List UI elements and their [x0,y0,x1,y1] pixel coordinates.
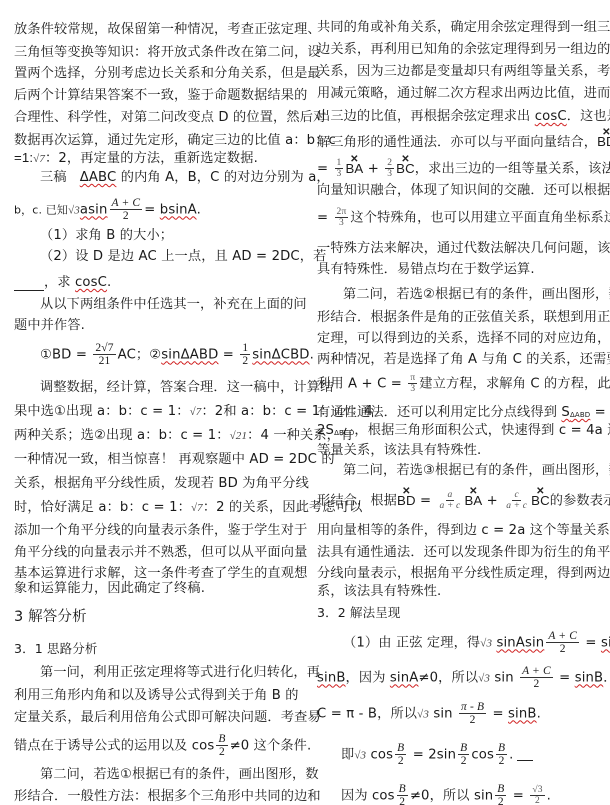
paragraph-line: 放条件较常规，故保留第一种情况，考查正弦定理、 [14,22,321,38]
paragraph-line: 三角恒等变换等知识：将开放式条件改在第二问，设 [14,45,321,61]
paragraph-line: 边关系，再利用已知角的余弦定理得到另一组边的 [317,42,610,58]
vector-equation-line: = 13BA + 23BC，求出三边的一组等量关系，该法与 [317,158,610,179]
section-heading-3-1: 3．1 思路分析 [14,641,98,657]
special-angle-line: = 2π3这个特殊角，也可以用建立平面直角坐标系这 [317,207,610,228]
vector-bc: BC [396,161,415,177]
ratio-line: =1:√7：2，再定量的方法，重新选定数据. [14,150,258,167]
stray-dash-mark [517,760,533,761]
vector-ba: BA [464,493,482,509]
paragraph-line: 调整数据，经计算，答案合理．这一稿中，计算结 [14,380,333,396]
paragraph-line: 一特殊方法来解决，通过代数法解决几何问题，该法 [317,241,610,257]
paragraph-line: 系，该法具有特殊性. [317,584,441,600]
given-equation-line: b，c. 已知√3asinA + C2= bsinA. [14,197,201,222]
paragraph-line: 基本运算进行求解，这一条件考查了学生的直观想 [14,566,307,582]
paragraph-line: 利用三角形内角和以及诱导公式得到关于角 B 的 [14,688,299,704]
parametric-vector-line: 形结合．根据BD = aa + cBA + ca + cBC的参数表示，利 [317,490,610,511]
section-heading-3-2: 3．2 解法呈现 [317,605,401,621]
area-ratio-line-2: 2SΔBCD，根据三角形面积公式，快速得到 c = 4a 这个 [317,423,610,441]
a-plus-c-line: 利用 A + C = π3建立方程，求解角 C 的方程，此法具 [317,373,610,394]
paragraph-line: 共同的角或补角关系，确定用余弦定理得到一组三 [317,20,610,36]
vector-bd: BD [397,493,416,509]
paragraph-line: 数据再次运算，通过先定形，确定三边的比值 a：b：c [14,133,336,149]
solution-line-3: C = π - B，所以√3 sin π - B2 = sinB. [317,701,541,726]
paragraph-line: 象和运算能力，因此确定了终稿. [14,581,205,597]
paragraph-line: 时，恰好满足 a：b：c = 1：√7：2 的关系，因此考虑可以 [14,500,362,516]
paragraph-line: 后两个计算结果答案不一致，鉴于命题数据结果的 [14,88,307,104]
paragraph-line: 法具有通性通法．还可以发现条件即为衍生的角平 [317,545,610,561]
paragraph-line: 定量关系，最后利用倍角公式即可解决问题．考查易 [14,710,321,726]
paragraph-line: 从以下两组条件中任选其一，补充在上面的问 [14,297,307,313]
paragraph-line: 关系，因为三边都是变量却只有两组等量关系，考虑 [317,64,610,80]
solution-line-5: 因为 cosB2≠0，所以 sinB2 = √32. [317,783,551,805]
vector-intro-line: 解三角形的通性通法．亦可以与平面向量结合，BD [317,134,610,151]
paragraph-line: 用向量相等的条件，得到边 c = 2a 这个等量关系，此 [317,523,610,539]
paragraph-line: 第二问，若选②根据已有的条件，画出图形，数 [317,287,610,303]
paragraph-line: 第二问，若选③根据已有的条件，画出图形，数 [317,463,610,479]
sqrt-7: √7 [33,153,45,165]
paragraph-line: 合理性、科学性，对第二问改变点 D 的位置，然后对 [14,110,326,126]
paragraph-line: 角平分线的向量表示并不熟悉，但可以从平面向量 [14,545,307,561]
paragraph-line: 定理，可以得到边的关系，选择不同的对应边角，有 [317,331,610,347]
solution-line-2: sinB，因为 sinA≠0，所以√3 sin A + C2 = sinB．因为… [317,665,610,690]
paragraph-line: 分线向量表示，根据角平分线性质定理，得到两边关 [317,566,610,582]
paragraph-line: 一种情况一致，相当惊喜！ 再观察题中 AD = 2DC 的 [14,452,335,468]
draft-3-line: 三稿 ΔABC 的内角 A，B，C 的对边分别为 a， [14,170,330,186]
answer-blank [14,278,44,291]
paragraph-line: 向量知识融合，体现了知识间的交融．还可以根据 B [317,183,610,199]
question-1: （1）求角 B 的大小； [14,228,173,244]
paragraph-line: 等量关系，该法具有特殊性. [317,443,481,459]
paragraph-line: 形结合．一般性方法：根据多个三角形中共同的边和 [14,789,321,805]
paragraph-line: 形结合．根据条件是角的正弦值关系，联想到用正弦 [317,310,610,326]
fraction: A + C2 [110,197,143,222]
error-point-line: 错点在于诱导公式的运用以及 cosB2≠0 这个条件. [14,733,311,758]
solution-line-4: 即√3 cosB2 = 2sinB2cosB2. [317,742,514,767]
paragraph-line: 第二问，若选①根据已有的条件，画出图形，数 [14,767,319,783]
paragraph-line: 两种情况，若是选择了角 A 与角 C 的关系，还需要 [317,352,610,368]
paragraph-line: 两种关系；选②出现 a：b：c = 1：√21：4 一种关系，有 [14,428,353,444]
area-ratio-line-1: 有通性通法．还可以利用定比分点线得到 SΔABD = [317,405,606,423]
triangle-abc: ΔABC [80,170,117,185]
vector-bc: BC [531,493,550,509]
paragraph-line: 用减元策略，通过解二次方程求出两边比值，进而求 [317,86,610,102]
paragraph-line: 置两个选择，分别考虑边长关系和分角关系，但是最 [14,66,321,82]
paragraph-line: 第一问，利用正弦定理将等式进行化归转化，再 [14,665,320,681]
paragraph-line: 具有特殊性．易错点均在于数学运算. [317,262,535,278]
solution-line-1: （1）由 正弦 定理，得√3 sinAsinA + C2 = sinA · [317,630,610,655]
paragraph-line: 关系，根据角平分线性质，发现若 BD 为角平分线 [14,476,309,492]
section-heading-3: 3 解答分析 [14,609,87,625]
vector-bd: BD [597,134,610,150]
question-2: （2）设 D 是边 AC 上一点，且 AD = 2DC，若 [14,249,326,265]
cosc-line: 出三边的比值，再根据余弦定理求出 cosC．这也是 [317,109,610,125]
question-2-tail: ，求 cosC. [14,275,111,291]
vector-ba: BA [345,161,363,177]
paragraph-line: 添加一个角平分线的向量表示条件，鉴于学生对于 [14,523,307,539]
paragraph-line: 题中并作答. [14,318,85,334]
conditions-line: ①BD = 2√721AC；②sinΔABD = 12sinΔCBD. [14,342,314,367]
